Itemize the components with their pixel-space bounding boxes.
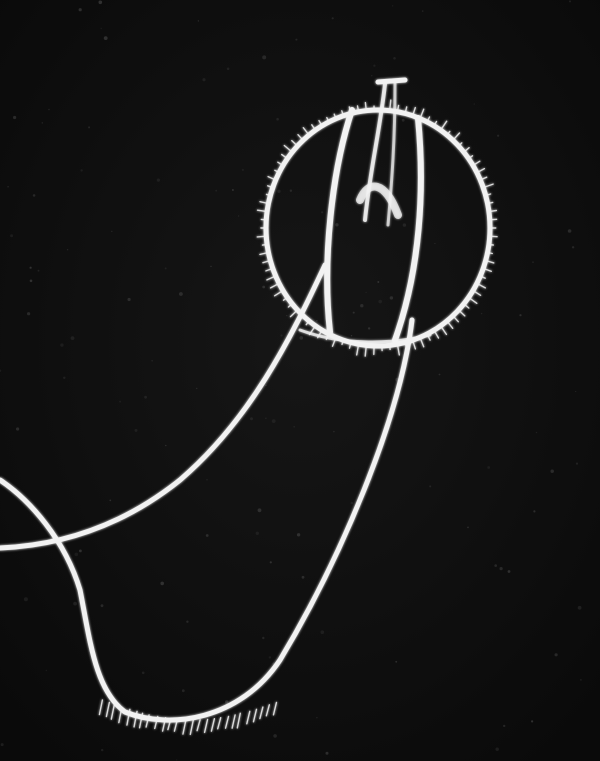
ctenophore-photo <box>0 0 600 761</box>
apical-organ <box>378 80 405 82</box>
photo-frame: Ctenophore (comb jelly) with two tentacl… <box>0 0 600 761</box>
